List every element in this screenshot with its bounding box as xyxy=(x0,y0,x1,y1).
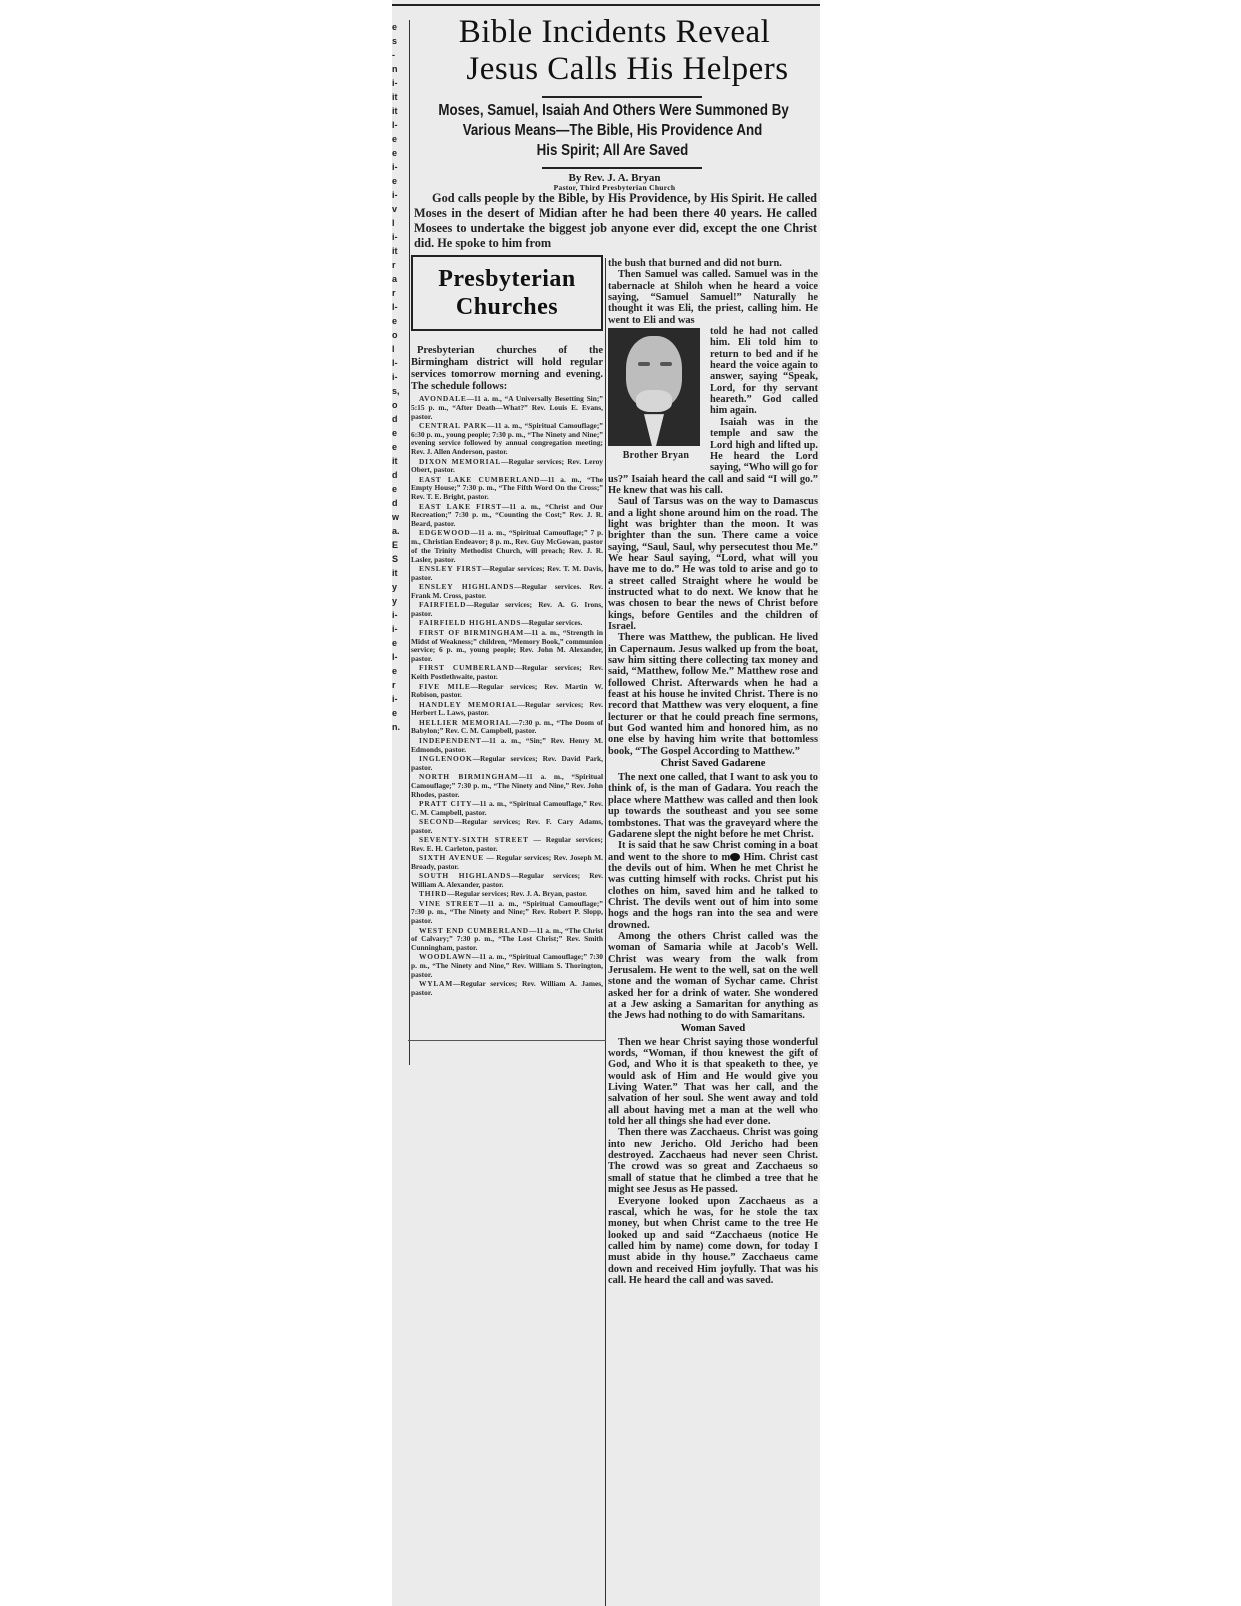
margin-fragment: it xyxy=(392,454,408,468)
margin-fragment: w xyxy=(392,510,408,524)
headline-line-1: Bible Incidents Reveal xyxy=(412,14,817,51)
margin-fragment: y xyxy=(392,580,408,594)
body-paragraph: Among the others Christ called was the w… xyxy=(608,931,818,1022)
church-name: ENSLEY HIGHLANDS xyxy=(419,582,514,591)
margin-fragment: d xyxy=(392,412,408,426)
church-listing: SOUTH HIGHLANDS—Regular services; Rev. W… xyxy=(411,872,603,890)
church-listing: HELLIER MEMORIAL—7:30 p. m., “The Doom o… xyxy=(411,719,603,737)
body-text: Him. Christ cast the devils out of him. … xyxy=(608,852,818,931)
margin-fragment: e xyxy=(392,146,408,160)
margin-fragment: it xyxy=(392,566,408,580)
sidebar-intro: Presbyterian churches of the Birmingham … xyxy=(411,345,603,393)
church-schedule-list: AVONDALE—11 a. m., “A Universally Besett… xyxy=(411,395,603,998)
body-paragraph: It is said that he saw Christ coming in … xyxy=(608,840,818,931)
church-listing: INGLENOOK—Regular services; Rev. David P… xyxy=(411,755,603,773)
margin-fragment: e xyxy=(392,426,408,440)
church-listing: FIVE MILE—Regular services; Rev. Martin … xyxy=(411,683,603,701)
church-listing: VINE STREET—11 a. m., “Spiritual Camoufl… xyxy=(411,900,603,926)
margin-fragment: s, xyxy=(392,384,408,398)
margin-fragment: o xyxy=(392,328,408,342)
church-listing: FIRST OF BIRMINGHAM—11 a. m., “Strength … xyxy=(411,629,603,664)
margin-fragment: e xyxy=(392,132,408,146)
church-name: EAST LAKE CUMBERLAND xyxy=(419,475,540,484)
church-listing: WEST END CUMBERLAND—11 a. m., “The Chris… xyxy=(411,927,603,953)
church-listing: PRATT CITY—11 a. m., “Spiritual Camoufla… xyxy=(411,800,603,818)
subhead-rule xyxy=(542,167,702,169)
margin-fragment: l- xyxy=(392,300,408,314)
church-name: FIVE MILE xyxy=(419,682,471,691)
margin-fragment: n xyxy=(392,62,408,76)
church-listing: EAST LAKE FIRST—11 a. m., “Christ and Ou… xyxy=(411,503,603,529)
church-name: PRATT CITY xyxy=(419,799,472,808)
church-listing: SIXTH AVENUE — Regular services; Rev. Jo… xyxy=(411,854,603,872)
portrait-photo xyxy=(608,328,700,446)
sidebar-title-line-2: Churches xyxy=(413,293,601,321)
margin-fragment: l xyxy=(392,216,408,230)
sidebar-title-line-1: Presbyterian xyxy=(413,265,601,293)
subhead-line-2: Various Means—The Bible, His Providence … xyxy=(438,121,786,141)
margin-fragment: i- xyxy=(392,608,408,622)
body-paragraph: the bush that burned and did not burn. xyxy=(608,258,818,269)
church-name: INGLENOOK xyxy=(419,754,473,763)
margin-fragment: l xyxy=(392,342,408,356)
subhead-line-3: His Spirit; All Are Saved xyxy=(438,141,786,161)
margin-fragment: e xyxy=(392,174,408,188)
church-service-details: —Regular services. xyxy=(521,618,582,627)
margin-fragment: it xyxy=(392,90,408,104)
church-name: HELLIER MEMORIAL xyxy=(419,718,511,727)
top-rule xyxy=(392,4,820,6)
adjacent-column-fragments: es-ni-ititl-eei-ei-vli-itrarl-eoll-i-s,o… xyxy=(392,20,408,1060)
margin-fragment: y xyxy=(392,594,408,608)
margin-fragment: i- xyxy=(392,622,408,636)
headline-rule xyxy=(542,96,702,98)
margin-fragment: e xyxy=(392,664,408,678)
margin-fragment: l- xyxy=(392,118,408,132)
margin-fragment: i- xyxy=(392,230,408,244)
church-name: NORTH BIRMINGHAM xyxy=(419,772,519,781)
church-name: CENTRAL PARK xyxy=(419,421,487,430)
column-divider-right xyxy=(605,258,606,1606)
margin-fragment: l- xyxy=(392,650,408,664)
margin-fragment: r xyxy=(392,678,408,692)
article-body: the bush that burned and did not burn. T… xyxy=(608,258,818,1286)
church-listing: WOODLAWN—11 a. m., “Spiritual Camouflage… xyxy=(411,953,603,979)
church-listing: ENSLEY FIRST—Regular services; Rev. T. M… xyxy=(411,565,603,583)
church-service-details: —Regular services; Rev. J. A. Bryan, pas… xyxy=(447,889,587,898)
presbyterian-churches-sidebar: Presbyterian Churches Presbyterian churc… xyxy=(411,255,603,998)
sidebar-title-box: Presbyterian Churches xyxy=(411,255,603,331)
church-name: FIRST OF BIRMINGHAM xyxy=(419,628,524,637)
church-name: WEST END CUMBERLAND xyxy=(419,926,529,935)
margin-fragment: e xyxy=(392,636,408,650)
margin-fragment: o xyxy=(392,398,408,412)
sidebar-intro-text: Presbyterian churches of the Birmingham … xyxy=(411,345,603,393)
body-paragraph: Saul of Tarsus was on the way to Damascu… xyxy=(608,496,818,632)
margin-fragment: i- xyxy=(392,76,408,90)
church-name: FIRST CUMBERLAND xyxy=(419,663,515,672)
margin-fragment: e xyxy=(392,440,408,454)
church-listing: EDGEWOOD—11 a. m., “Spiritual Camouflage… xyxy=(411,529,603,564)
margin-fragment: n. xyxy=(392,720,408,734)
church-listing: EAST LAKE CUMBERLAND—11 a. m., “The Empt… xyxy=(411,476,603,502)
church-listing: DIXON MEMORIAL—Regular services; Rev. Le… xyxy=(411,458,603,476)
body-paragraph: Then Samuel was called. Samuel was in th… xyxy=(608,269,818,326)
church-name: EDGEWOOD xyxy=(419,528,471,537)
margin-fragment: i- xyxy=(392,160,408,174)
church-name: AVONDALE xyxy=(419,394,467,403)
newspaper-clipping: es-ni-ititl-eei-ei-vli-itrarl-eoll-i-s,o… xyxy=(392,0,820,1606)
church-name: SIXTH AVENUE xyxy=(419,853,484,862)
body-paragraph: Everyone looked upon Zacchaeus as a rasc… xyxy=(608,1196,818,1287)
margin-fragment: s xyxy=(392,34,408,48)
margin-fragment: e xyxy=(392,482,408,496)
column-divider-left xyxy=(409,20,410,1065)
church-name: THIRD xyxy=(419,889,447,898)
portrait-beard xyxy=(636,390,672,412)
church-listing: CENTRAL PARK—11 a. m., “Spiritual Camouf… xyxy=(411,422,603,457)
body-paragraph: Then there was Zacchaeus. Christ was goi… xyxy=(608,1127,818,1195)
church-name: DIXON MEMORIAL xyxy=(419,457,501,466)
section-heading: Woman Saved xyxy=(608,1023,818,1035)
church-name: SOUTH HIGHLANDS xyxy=(419,871,511,880)
sidebar-title: Presbyterian Churches xyxy=(413,257,601,321)
margin-fragment: a. xyxy=(392,524,408,538)
church-listing: ENSLEY HIGHLANDS—Regular services. Rev. … xyxy=(411,583,603,601)
section-heading: Christ Saved Gadarene xyxy=(608,758,818,770)
margin-fragment: d xyxy=(392,496,408,510)
subhead-line-1: Moses, Samuel, Isaiah And Others Were Su… xyxy=(438,101,786,121)
margin-fragment: e xyxy=(392,314,408,328)
margin-fragment: i- xyxy=(392,692,408,706)
margin-fragment: i- xyxy=(392,370,408,384)
church-name: FAIRFIELD xyxy=(419,600,466,609)
margin-fragment: i- xyxy=(392,188,408,202)
headline-line-2: Jesus Calls His Helpers xyxy=(412,51,817,88)
church-listing: FAIRFIELD—Regular services; Rev. A. G. I… xyxy=(411,601,603,619)
church-name: SEVENTY-SIXTH STREET xyxy=(419,835,529,844)
church-listing: FIRST CUMBERLAND—Regular services; Rev. … xyxy=(411,664,603,682)
church-name: WYLAM xyxy=(419,979,453,988)
margin-fragment: d xyxy=(392,468,408,482)
portrait-eye xyxy=(638,362,650,366)
church-listing: HANDLEY MEMORIAL—Regular services; Rev. … xyxy=(411,701,603,719)
body-paragraph: The next one called, that I want to ask … xyxy=(608,772,818,840)
margin-fragment: a xyxy=(392,272,408,286)
portrait-eye xyxy=(660,362,672,366)
margin-fragment: E xyxy=(392,538,408,552)
subheadline: Moses, Samuel, Isaiah And Others Were Su… xyxy=(438,101,786,161)
church-name: FAIRFIELD HIGHLANDS xyxy=(419,618,521,627)
church-name: SECOND xyxy=(419,817,455,826)
church-listing: WYLAM—Regular services; Rev. William A. … xyxy=(411,980,603,998)
margin-fragment: l- xyxy=(392,356,408,370)
sidebar-end-rule xyxy=(408,1040,606,1041)
margin-fragment: it xyxy=(392,244,408,258)
body-paragraph: There was Matthew, the publican. He live… xyxy=(608,632,818,757)
byline: By Rev. J. A. Bryan Pastor, Third Presby… xyxy=(412,172,817,192)
church-name: INDEPENDENT xyxy=(419,736,482,745)
margin-fragment: e xyxy=(392,20,408,34)
portrait-collar xyxy=(644,414,664,446)
church-listing: INDEPENDENT—11 a. m., “Sin;” Rev. Henry … xyxy=(411,737,603,755)
lead-text: God calls people by the Bible, by His Pr… xyxy=(414,191,817,251)
church-listing: NORTH BIRMINGHAM—11 a. m., “Spiritual Ca… xyxy=(411,773,603,799)
body-paragraph: Then we hear Christ saying those wonderf… xyxy=(608,1037,818,1128)
ink-blot xyxy=(730,853,740,861)
church-name: HANDLEY MEMORIAL xyxy=(419,700,518,709)
margin-fragment: e xyxy=(392,706,408,720)
church-name: WOODLAWN xyxy=(419,952,472,961)
margin-fragment: v xyxy=(392,202,408,216)
church-name: VINE STREET xyxy=(419,899,480,908)
margin-fragment: - xyxy=(392,48,408,62)
church-name: EAST LAKE FIRST xyxy=(419,502,502,511)
church-listing: SEVENTY-SIXTH STREET — Regular services;… xyxy=(411,836,603,854)
margin-fragment: S xyxy=(392,552,408,566)
photo-caption: Brother Bryan xyxy=(608,450,704,461)
margin-fragment: r xyxy=(392,258,408,272)
headline: Bible Incidents Reveal Jesus Calls His H… xyxy=(412,14,817,88)
margin-fragment: r xyxy=(392,286,408,300)
church-listing: SECOND—Regular services; Rev. F. Cary Ad… xyxy=(411,818,603,836)
lead-paragraph: God calls people by the Bible, by His Pr… xyxy=(414,191,817,251)
portrait-figure: Brother Bryan xyxy=(608,328,704,461)
church-name: ENSLEY FIRST xyxy=(419,564,482,573)
church-listing: AVONDALE—11 a. m., “A Universally Besett… xyxy=(411,395,603,421)
margin-fragment: it xyxy=(392,104,408,118)
